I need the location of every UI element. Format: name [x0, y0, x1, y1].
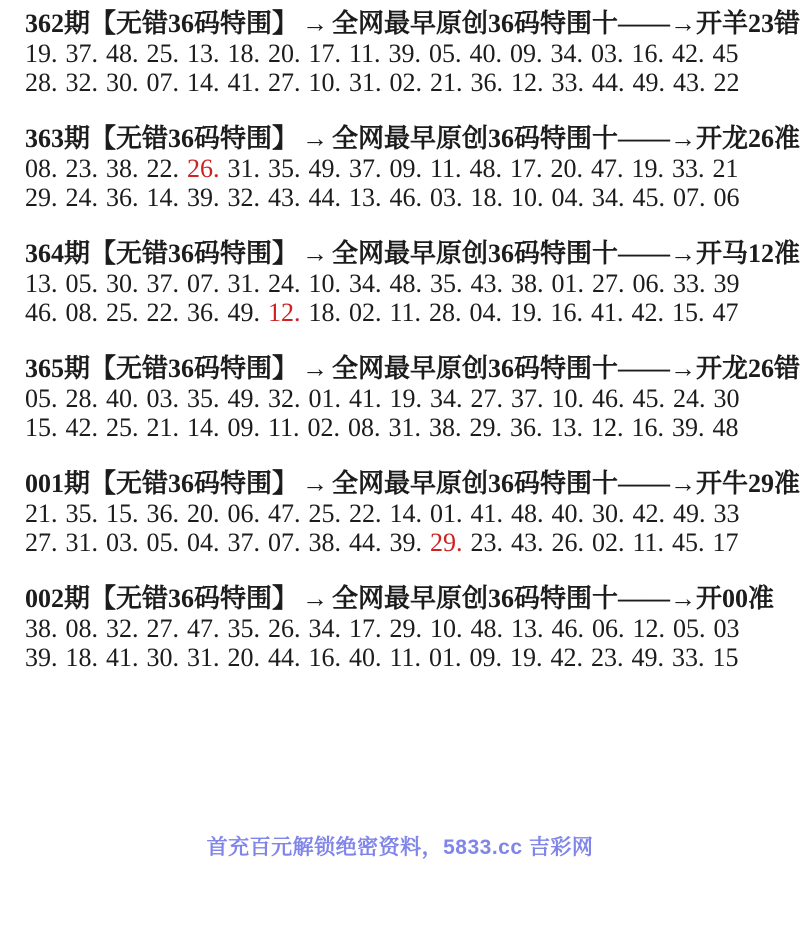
number: 45 [633, 183, 659, 212]
number-separator: . [699, 269, 706, 298]
number: 31 [66, 528, 92, 557]
number: 49 [228, 384, 254, 413]
number-separator: . [335, 499, 342, 528]
issue-number: 363期 [25, 124, 90, 153]
number: 27 [592, 269, 618, 298]
issue-number: 002期 [25, 584, 90, 613]
number-separator: . [375, 154, 382, 183]
number: 37 [66, 39, 92, 68]
number: 21 [430, 68, 456, 97]
number: 43 [268, 183, 294, 212]
result-text: 开龙26准 [696, 124, 800, 153]
number: 24 [268, 269, 294, 298]
number: 17 [309, 39, 335, 68]
number: 48 [511, 499, 537, 528]
number: 12 [268, 298, 294, 327]
number: 28 [25, 68, 51, 97]
number-separator: . [658, 39, 665, 68]
number: 44 [592, 68, 618, 97]
block-header: 001期【无错36码特围】→全网最早原创36码特围十——→开牛29准 [25, 469, 795, 499]
number: 18 [309, 298, 335, 327]
number: 12 [591, 413, 617, 442]
number-separator: . [375, 269, 382, 298]
number-line-2: 15.42.25.21.14.09.11.02.08.31.38.29.36.1… [25, 413, 795, 442]
number: 32 [268, 384, 294, 413]
number-separator: . [92, 528, 99, 557]
number: 10 [511, 183, 537, 212]
number: 07 [673, 183, 699, 212]
number-separator: . [294, 68, 301, 97]
number-separator: . [51, 643, 58, 672]
right-arrow-icon: → [670, 354, 696, 383]
number-separator: . [536, 39, 543, 68]
right-arrow-icon: → [302, 239, 328, 268]
number-separator: . [294, 154, 301, 183]
number-separator: . [375, 614, 382, 643]
number: 34 [430, 384, 456, 413]
number-separator: . [577, 154, 584, 183]
number-separator: . [699, 384, 706, 413]
number: 27 [25, 528, 51, 557]
number-separator: . [294, 643, 301, 672]
number-separator: . [254, 384, 261, 413]
number-separator: . [92, 39, 99, 68]
number-separator: . [658, 154, 665, 183]
number: 03 [147, 384, 173, 413]
number-separator: . [577, 298, 584, 327]
number-separator: . [92, 154, 99, 183]
number-separator: . [618, 499, 625, 528]
number: 23 [471, 528, 497, 557]
result-text: 开00准 [696, 584, 774, 613]
block-title: 【无错36码特围】 [90, 469, 298, 498]
number-separator: . [92, 499, 99, 528]
number-separator: . [497, 614, 504, 643]
promo-text: 全网最早原创36码特围十—— [332, 239, 670, 268]
block-header: 363期【无错36码特围】→全网最早原创36码特围十——→开龙26准 [25, 124, 795, 154]
number: 39 [389, 39, 415, 68]
number-separator: . [294, 269, 301, 298]
number: 39 [390, 528, 416, 557]
number-separator: . [578, 614, 585, 643]
block-title: 【无错36码特围】 [90, 354, 298, 383]
number: 39 [672, 413, 698, 442]
number: 21 [25, 499, 51, 528]
number-separator: . [173, 614, 180, 643]
number: 32 [66, 68, 92, 97]
number: 48 [713, 413, 739, 442]
number-separator: . [658, 298, 665, 327]
number: 33 [673, 269, 699, 298]
number-separator: . [578, 528, 585, 557]
number-separator: . [578, 499, 585, 528]
number-separator: . [92, 269, 99, 298]
number: 20 [187, 499, 213, 528]
number: 35 [228, 614, 254, 643]
block-title: 【无错36码特围】 [90, 124, 298, 153]
footer-promo-link[interactable]: 首充百元解锁绝密资料，5833.cc 吉彩网 [0, 831, 800, 861]
number: 05 [429, 39, 455, 68]
right-arrow-icon: → [670, 469, 696, 498]
number-separator: . [254, 528, 261, 557]
number: 11 [349, 39, 374, 68]
number: 27 [268, 68, 294, 97]
number: 46 [390, 183, 416, 212]
number: 30 [147, 643, 173, 672]
result-text: 开龙26错 [696, 354, 800, 383]
number: 13 [349, 183, 375, 212]
number-separator: . [213, 39, 220, 68]
number: 09 [510, 39, 536, 68]
number-separator: . [497, 528, 504, 557]
number: 44 [309, 183, 335, 212]
number: 03 [430, 183, 456, 212]
number-separator: . [51, 614, 58, 643]
number-separator: . [617, 643, 624, 672]
number-separator: . [294, 614, 301, 643]
number-separator: . [335, 614, 342, 643]
prediction-block: 364期【无错36码特围】→全网最早原创36码特围十——→开马12准 13.05… [25, 239, 795, 327]
number: 18 [228, 39, 254, 68]
number: 16 [632, 39, 658, 68]
number-line-2: 39.18.41.30.31.20.44.16.40.11.01.09.19.4… [25, 643, 795, 672]
number: 37 [228, 528, 254, 557]
issue-number: 365期 [25, 354, 90, 383]
number-separator: . [698, 528, 705, 557]
right-arrow-icon: → [302, 9, 328, 38]
number: 21 [147, 413, 173, 442]
number: 38 [309, 528, 335, 557]
number-separator: . [213, 183, 220, 212]
right-arrow-icon: → [302, 354, 328, 383]
number: 19 [510, 298, 536, 327]
number-separator: . [294, 528, 301, 557]
number: 30 [592, 499, 618, 528]
number-separator: . [497, 68, 504, 97]
number-separator: . [537, 384, 544, 413]
number-separator: . [213, 413, 220, 442]
right-arrow-icon: → [302, 469, 328, 498]
number: 15 [713, 643, 739, 672]
number: 29 [430, 528, 456, 557]
number-separator: . [496, 298, 503, 327]
number: 02 [308, 413, 334, 442]
number: 28 [429, 298, 455, 327]
number-separator: . [456, 384, 463, 413]
number-separator: . [416, 269, 423, 298]
number-separator: . [173, 384, 180, 413]
number-separator: . [416, 154, 423, 183]
number: 20 [551, 154, 577, 183]
number-separator: . [659, 614, 666, 643]
number: 13 [551, 413, 577, 442]
number-separator: . [375, 643, 382, 672]
number: 43 [673, 68, 699, 97]
number-separator: . [497, 183, 504, 212]
number: 27 [147, 614, 173, 643]
predictions-list: 362期【无错36码特围】→全网最早原创36码特围十——→开羊23错 19.37… [25, 9, 795, 699]
number-separator: . [578, 269, 585, 298]
number: 41 [591, 298, 617, 327]
number: 43 [471, 269, 497, 298]
promo-text: 全网最早原创36码特围十—— [332, 124, 670, 153]
block-header: 362期【无错36码特围】→全网最早原创36码特围十——→开羊23错 [25, 9, 795, 39]
number: 27 [471, 384, 497, 413]
number-line-1: 21.35.15.36.20.06.47.25.22.14.01.41.48.4… [25, 499, 795, 528]
number-separator: . [92, 384, 99, 413]
number-separator: . [416, 614, 423, 643]
number: 19 [510, 643, 536, 672]
number: 14 [187, 413, 213, 442]
promo-text: 全网最早原创36码特围十—— [332, 354, 670, 383]
number-separator: . [254, 269, 261, 298]
number-separator: . [659, 68, 666, 97]
number: 22 [147, 298, 173, 327]
number: 12 [511, 68, 537, 97]
number-separator: . [375, 298, 382, 327]
number-separator: . [294, 39, 301, 68]
number: 49 [673, 499, 699, 528]
number-separator: . [699, 614, 706, 643]
number: 02 [592, 528, 618, 557]
number: 40 [349, 643, 375, 672]
number: 49 [633, 68, 659, 97]
number: 41 [471, 499, 497, 528]
number-separator: . [335, 643, 342, 672]
number-line-2: 29.24.36.14.39.32.43.44.13.46.03.18.10.0… [25, 183, 795, 212]
number: 32 [228, 183, 254, 212]
number: 38 [511, 269, 537, 298]
number-separator: . [51, 298, 58, 327]
number-separator: . [496, 413, 503, 442]
number-separator: . [617, 413, 624, 442]
number: 03 [106, 528, 132, 557]
number-separator: . [173, 499, 180, 528]
number-separator: . [456, 528, 463, 557]
number: 34 [592, 183, 618, 212]
number-line-2: 46.08.25.22.36.49.12.18.02.11.28.04.19.1… [25, 298, 795, 327]
number-separator: . [294, 298, 301, 327]
number-separator: . [335, 68, 342, 97]
number: 48 [470, 154, 496, 183]
number: 05 [66, 269, 92, 298]
number: 17 [510, 154, 536, 183]
right-arrow-icon: → [302, 124, 328, 153]
number: 41 [349, 384, 375, 413]
number: 10 [552, 384, 578, 413]
number: 26 [268, 614, 294, 643]
number: 07 [268, 528, 294, 557]
number-separator: . [51, 499, 58, 528]
number-separator: . [254, 614, 261, 643]
number-separator: . [617, 39, 624, 68]
number: 22 [147, 154, 173, 183]
number: 15 [106, 499, 132, 528]
number-separator: . [537, 499, 544, 528]
number: 06 [228, 499, 254, 528]
result-text: 开马12准 [696, 239, 800, 268]
number: 25 [106, 298, 132, 327]
number: 41 [228, 68, 254, 97]
number-separator: . [173, 643, 180, 672]
number-separator: . [213, 643, 220, 672]
number-separator: . [577, 39, 584, 68]
number-separator: . [455, 643, 462, 672]
number: 06 [592, 614, 618, 643]
number-separator: . [132, 614, 139, 643]
number: 09 [470, 643, 496, 672]
number: 45 [713, 39, 739, 68]
number-separator: . [173, 68, 180, 97]
number-separator: . [496, 643, 503, 672]
number-separator: . [455, 298, 462, 327]
number-separator: . [51, 269, 58, 298]
number: 18 [66, 643, 92, 672]
number-separator: . [658, 413, 665, 442]
number-separator: . [294, 183, 301, 212]
number-separator: . [132, 528, 139, 557]
number: 13 [25, 269, 51, 298]
number: 31 [228, 154, 254, 183]
number: 36 [471, 68, 497, 97]
number-separator: . [699, 68, 706, 97]
promo-text: 全网最早原创36码特围十—— [332, 469, 670, 498]
number-separator: . [698, 643, 705, 672]
number-separator: . [617, 298, 624, 327]
number-separator: . [132, 643, 139, 672]
number: 41 [106, 643, 132, 672]
number: 10 [309, 68, 335, 97]
number-separator: . [698, 413, 705, 442]
number: 25 [147, 39, 173, 68]
number-separator: . [293, 413, 300, 442]
prediction-block: 365期【无错36码特围】→全网最早原创36码特围十——→开龙26错 05.28… [25, 354, 795, 442]
number-line-1: 13.05.30.37.07.31.24.10.34.48.35.43.38.0… [25, 269, 795, 298]
right-arrow-icon: → [670, 9, 696, 38]
number: 39 [714, 269, 740, 298]
number-separator: . [335, 528, 342, 557]
number-separator: . [698, 298, 705, 327]
number: 10 [430, 614, 456, 643]
number: 04 [470, 298, 496, 327]
number: 05 [25, 384, 51, 413]
number: 30 [106, 269, 132, 298]
number: 15 [25, 413, 51, 442]
number-separator: . [698, 39, 705, 68]
number: 30 [106, 68, 132, 97]
number-separator: . [455, 39, 462, 68]
number-separator: . [456, 183, 463, 212]
number: 19 [25, 39, 51, 68]
number: 29 [25, 183, 51, 212]
number: 02 [349, 298, 375, 327]
number-separator: . [415, 298, 422, 327]
number-separator: . [92, 298, 99, 327]
promo-text: 全网最早原创36码特围十—— [332, 9, 670, 38]
number-separator: . [254, 413, 261, 442]
number: 34 [309, 614, 335, 643]
number: 22 [714, 68, 740, 97]
number-separator: . [416, 68, 423, 97]
block-title: 【无错36码特围】 [90, 9, 298, 38]
number: 08 [66, 298, 92, 327]
number: 40 [470, 39, 496, 68]
number-separator: . [537, 68, 544, 97]
number-separator: . [618, 183, 625, 212]
number-separator: . [213, 384, 220, 413]
number: 06 [714, 183, 740, 212]
prediction-block: 362期【无错36码特围】→全网最早原创36码特围十——→开羊23错 19.37… [25, 9, 795, 97]
number: 06 [633, 269, 659, 298]
number-separator: . [51, 183, 58, 212]
number-separator: . [618, 528, 625, 557]
number: 44 [268, 643, 294, 672]
number: 24 [673, 384, 699, 413]
number-separator: . [213, 528, 220, 557]
number-separator: . [92, 614, 99, 643]
number-separator: . [375, 528, 382, 557]
number-separator: . [374, 413, 381, 442]
number-separator: . [213, 269, 220, 298]
number-separator: . [335, 384, 342, 413]
number: 03 [591, 39, 617, 68]
number-separator: . [416, 499, 423, 528]
number-separator: . [496, 39, 503, 68]
number: 28 [66, 384, 92, 413]
number: 26 [552, 528, 578, 557]
result-text: 开羊23错 [696, 9, 800, 38]
number-separator: . [335, 183, 342, 212]
number-separator: . [618, 614, 625, 643]
number-separator: . [173, 413, 180, 442]
number: 13 [187, 39, 213, 68]
number: 05 [673, 614, 699, 643]
block-header: 002期【无错36码特围】→全网最早原创36码特围十——→开00准 [25, 584, 795, 614]
number: 42 [632, 298, 658, 327]
number-separator: . [92, 68, 99, 97]
number: 31 [389, 413, 415, 442]
number-separator: . [537, 614, 544, 643]
number: 23 [66, 154, 92, 183]
number-line-1: 19.37.48.25.13.18.20.17.11.39.05.40.09.3… [25, 39, 795, 68]
number: 16 [309, 643, 335, 672]
number: 36 [187, 298, 213, 327]
number-separator: . [254, 643, 261, 672]
block-header: 365期【无错36码特围】→全网最早原创36码特围十——→开龙26错 [25, 354, 795, 384]
right-arrow-icon: → [670, 239, 696, 268]
number: 45 [633, 384, 659, 413]
number: 25 [309, 499, 335, 528]
number-separator: . [497, 269, 504, 298]
number-separator: . [699, 499, 706, 528]
number: 18 [471, 183, 497, 212]
number-line-1: 38.08.32.27.47.35.26.34.17.29.10.48.13.4… [25, 614, 795, 643]
block-title: 【无错36码特围】 [90, 239, 298, 268]
number: 08 [25, 154, 51, 183]
number: 39 [25, 643, 51, 672]
number: 04 [187, 528, 213, 557]
number-separator: . [254, 39, 261, 68]
number: 38 [25, 614, 51, 643]
number-separator: . [254, 154, 261, 183]
number: 35 [187, 384, 213, 413]
number-separator: . [375, 499, 382, 528]
number: 40 [106, 384, 132, 413]
number-separator: . [254, 68, 261, 97]
number: 26 [187, 154, 213, 183]
number: 33 [552, 68, 578, 97]
number: 17 [349, 614, 375, 643]
